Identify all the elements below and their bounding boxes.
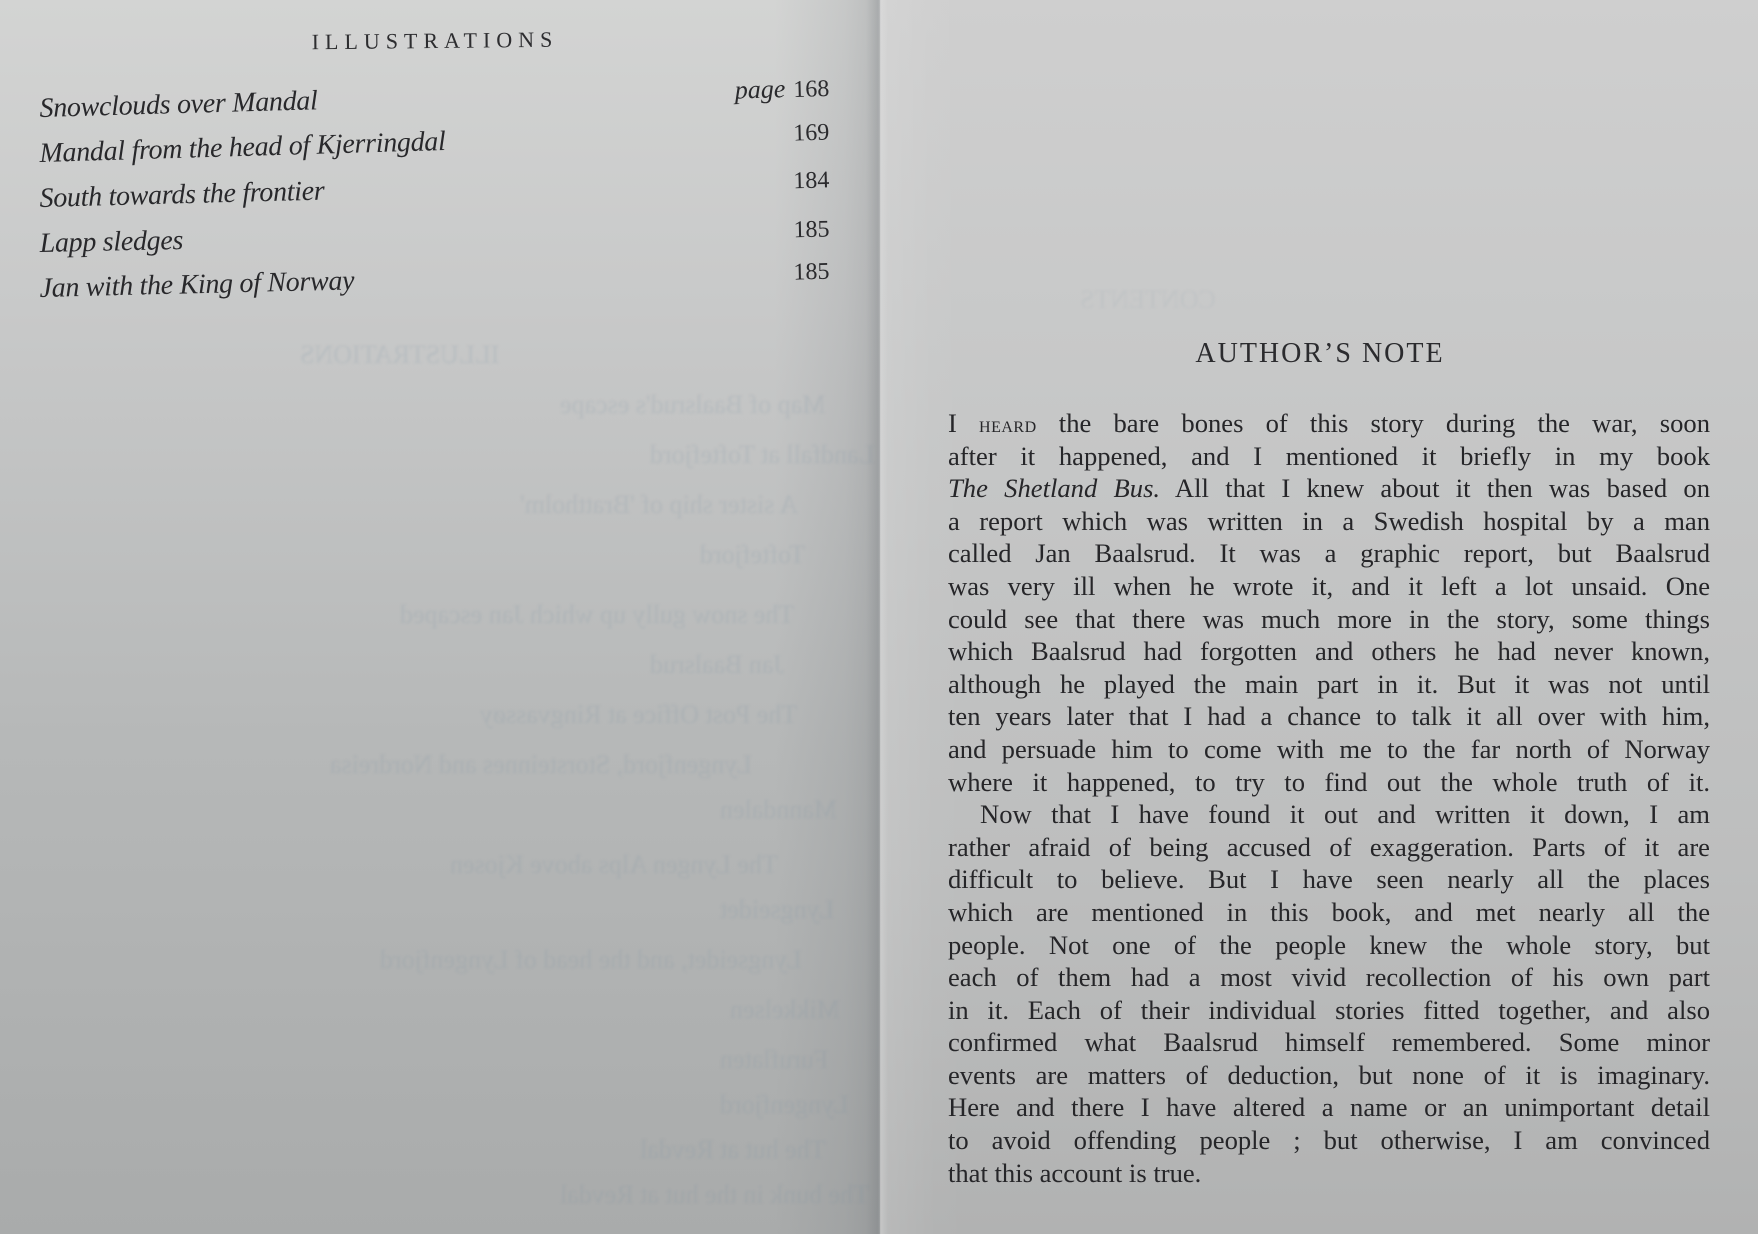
authors-note-body: I heard the bare bones of this story dur… — [948, 407, 1710, 1189]
text-line: was very ill when he wrote it, and it le… — [948, 570, 1710, 603]
text-line: and persuade him to come with me to the … — [948, 733, 1710, 766]
illustration-title: Jan with the King of Norway — [39, 265, 354, 305]
show-through-text: ILLUSTRATIONS — [300, 340, 499, 370]
text-line: that this account is true. — [948, 1157, 1710, 1190]
show-through-text: CONTENTS — [1080, 285, 1216, 315]
text-line: each of them had a most vivid recollecti… — [948, 961, 1710, 994]
text-line: The Shetland Bus. All that I knew about … — [948, 472, 1710, 505]
text-line: which Baalsrud had forgotten and others … — [948, 635, 1710, 668]
page-number: 185 — [689, 259, 830, 289]
page-label: page — [734, 74, 785, 104]
illustration-title: Lapp sledges — [39, 225, 183, 260]
opening-smallcaps: heard — [979, 412, 1037, 437]
show-through-text: The hut at Revdal — [640, 1135, 826, 1165]
show-through-text: Map of Baalsrud's escape — [560, 390, 825, 420]
text-line: could see that there was much more in th… — [948, 603, 1710, 636]
show-through-text: The Lyngen Alps above Kjosen — [450, 850, 778, 880]
line-text: the bare bones of this story during the … — [1037, 408, 1710, 438]
show-through-text: Lyngseidet, and the head of Lyngenfjord — [380, 945, 802, 975]
text-line: called Jan Baalsrud. It was a graphic re… — [948, 537, 1710, 570]
show-through-text: Furuflaten — [720, 1045, 828, 1075]
text-line: where it happened, to try to find out th… — [948, 766, 1710, 799]
text-line: events are matters of deduction, but non… — [948, 1059, 1710, 1092]
line-text: All that I knew about it then was based … — [1160, 473, 1710, 503]
page-number: 168 — [793, 76, 830, 103]
show-through-text: Landfall at Toftefjord — [650, 440, 874, 470]
text-line: rather afraid of being accused of exagge… — [948, 831, 1710, 864]
show-through-text: Manndalen — [720, 795, 837, 825]
text-line: confirmed what Baalsrud himself remember… — [948, 1026, 1710, 1059]
page-number: 169 — [689, 120, 830, 151]
text-line: in it. Each of their individual stories … — [948, 994, 1710, 1027]
left-page: ILLUSTRATIONS Map of Baalsrud's escape L… — [0, 0, 880, 1234]
text-line: ten years later that I had a chance to t… — [948, 700, 1710, 733]
show-through-text: Toftefjord — [700, 540, 805, 570]
show-through-text: The snow gully up which Jan escaped — [400, 600, 794, 630]
text-line: Here and there I have altered a name or … — [948, 1091, 1710, 1124]
show-through-text: A sister ship of 'Brattholm' — [520, 490, 798, 520]
show-through-text: Jan Baalsrud — [650, 650, 784, 680]
page-number: 184 — [689, 167, 830, 198]
show-through-text: Lyngenfjord — [720, 1090, 849, 1120]
show-through-text: Lyngseidet — [720, 895, 834, 925]
text-line: Now that I have found it out and written… — [948, 798, 1710, 831]
book-gutter — [866, 0, 888, 1234]
text-line: although he played the main part in it. … — [948, 668, 1710, 701]
open-book-spread: ILLUSTRATIONS Map of Baalsrud's escape L… — [0, 0, 1758, 1234]
authors-note-heading: AUTHOR’S NOTE — [1110, 338, 1530, 370]
illustrations-list: Snowclouds over Mandal page168 Mandal fr… — [40, 80, 830, 305]
text-line: to avoid offending people ; but otherwis… — [948, 1124, 1710, 1157]
text-line: which are mentioned in this book, and me… — [948, 896, 1710, 929]
text-line: difficult to believe. But I have seen ne… — [948, 863, 1710, 896]
text-line: I heard the bare bones of this story dur… — [948, 407, 1710, 440]
book-title: The Shetland Bus. — [948, 473, 1160, 503]
show-through-text: Mikkelsen — [730, 995, 840, 1025]
text-line: after it happened, and I mentioned it br… — [948, 440, 1710, 473]
show-through-text: The bunk in the hut at Revdal — [560, 1180, 869, 1210]
text-line: a report which was written in a Swedish … — [948, 505, 1710, 538]
show-through-text: Lyngenfjord, Storsteinnes and Nordreisa — [330, 750, 752, 780]
text-line: people. Not one of the people knew the w… — [948, 929, 1710, 962]
opening-letter: I — [948, 408, 957, 438]
illustrations-heading: ILLUSTRATIONS — [290, 26, 580, 55]
show-through-text: The Post Office at Ringvassøy — [480, 700, 797, 730]
